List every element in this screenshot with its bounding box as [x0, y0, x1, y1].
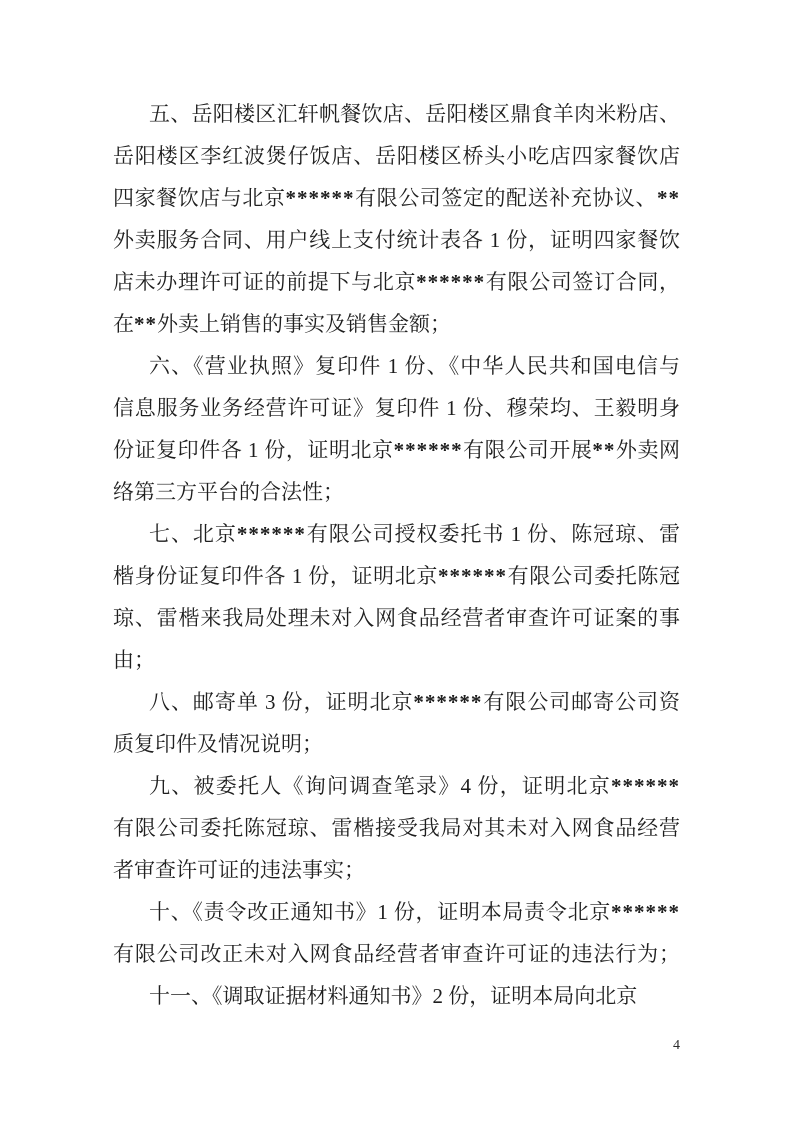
redaction-asterisks: **	[134, 312, 157, 336]
text-line: 有限公司委托陈冠琼、雷楷接受我局对其未对入网食品经营	[113, 807, 680, 849]
text-line: 份证复印件各 1 份，证明北京******有限公司开展**外卖网	[113, 429, 680, 471]
evidence-item-five: 五、岳阳楼区汇轩帆餐饮店、岳阳楼区鼎食羊肉米粉店、岳阳楼区李红波煲仔饭店、岳阳楼…	[113, 93, 680, 345]
evidence-item-seven: 七、北京******有限公司授权委托书 1 份、陈冠琼、雷楷身份证复印件各 1 …	[113, 513, 680, 681]
text-line: 十、《责令改正通知书》1 份，证明本局责令北京******	[113, 891, 680, 933]
text-line: 八、邮寄单 3 份，证明北京******有限公司邮寄公司资	[113, 681, 680, 723]
text-line: 质复印件及情况说明；	[113, 723, 680, 765]
text-line: 五、岳阳楼区汇轩帆餐饮店、岳阳楼区鼎食羊肉米粉店、	[113, 93, 680, 135]
text-line: 信息服务业务经营许可证》复印件 1 份、穆荣均、王毅明身	[113, 387, 680, 429]
text-line: 店未办理许可证的前提下与北京******有限公司签订合同，	[113, 261, 680, 303]
text-line: 外卖服务合同、用户线上支付统计表各 1 份，证明四家餐饮	[113, 219, 680, 261]
page-footer: 4	[113, 1036, 680, 1056]
document-page: { "document": { "background_color": "#ff…	[0, 0, 793, 1122]
text-line: 楷身份证复印件各 1 份，证明北京******有限公司委托陈冠	[113, 555, 680, 597]
redaction-asterisks: ******	[237, 522, 306, 546]
evidence-item-six: 六、《营业执照》复印件 1 份、《中华人民共和国电信与信息服务业务经营许可证》复…	[113, 345, 680, 513]
text-line: 琼、雷楷来我局处理未对入网食品经营者审查许可证案的事	[113, 597, 680, 639]
redaction-asterisks: ******	[394, 438, 463, 462]
page-number: 4	[673, 1038, 680, 1053]
text-line: 九、被委托人《询问调查笔录》4 份，证明北京******	[113, 765, 680, 807]
text-line: 岳阳楼区李红波煲仔饭店、岳阳楼区桥头小吃店四家餐饮店	[113, 135, 680, 177]
text-line: 有限公司改正未对入网食品经营者审查许可证的违法行为；	[113, 933, 680, 975]
redaction-asterisks: ******	[286, 186, 355, 210]
redaction-asterisks: ******	[611, 900, 680, 924]
text-line: 络第三方平台的合法性；	[113, 471, 680, 513]
evidence-item-eleven: 十一、《调取证据材料通知书》2 份，证明本局向北京	[113, 975, 680, 1017]
document-body: 五、岳阳楼区汇轩帆餐饮店、岳阳楼区鼎食羊肉米粉店、岳阳楼区李红波煲仔饭店、岳阳楼…	[113, 93, 680, 1017]
text-line: 者审查许可证的违法事实；	[113, 849, 680, 891]
evidence-item-eight: 八、邮寄单 3 份，证明北京******有限公司邮寄公司资质复印件及情况说明；	[113, 681, 680, 765]
text-line: 由；	[113, 639, 680, 681]
redaction-asterisks: **	[592, 438, 615, 462]
redaction-asterisks: ******	[611, 774, 680, 798]
redaction-asterisks: **	[657, 186, 680, 210]
redaction-asterisks: ******	[413, 690, 482, 714]
text-line: 四家餐饮店与北京******有限公司签定的配送补充协议、**	[113, 177, 680, 219]
text-line: 在**外卖上销售的事实及销售金额；	[113, 303, 680, 345]
text-line: 七、北京******有限公司授权委托书 1 份、陈冠琼、雷	[113, 513, 680, 555]
text-line: 十一、《调取证据材料通知书》2 份，证明本局向北京	[113, 975, 680, 1017]
evidence-item-nine: 九、被委托人《询问调查笔录》4 份，证明北京******有限公司委托陈冠琼、雷楷…	[113, 765, 680, 891]
text-line: 六、《营业执照》复印件 1 份、《中华人民共和国电信与	[113, 345, 680, 387]
redaction-asterisks: ******	[416, 270, 485, 294]
redaction-asterisks: ******	[438, 564, 507, 588]
evidence-item-ten: 十、《责令改正通知书》1 份，证明本局责令北京******有限公司改正未对入网食…	[113, 891, 680, 975]
